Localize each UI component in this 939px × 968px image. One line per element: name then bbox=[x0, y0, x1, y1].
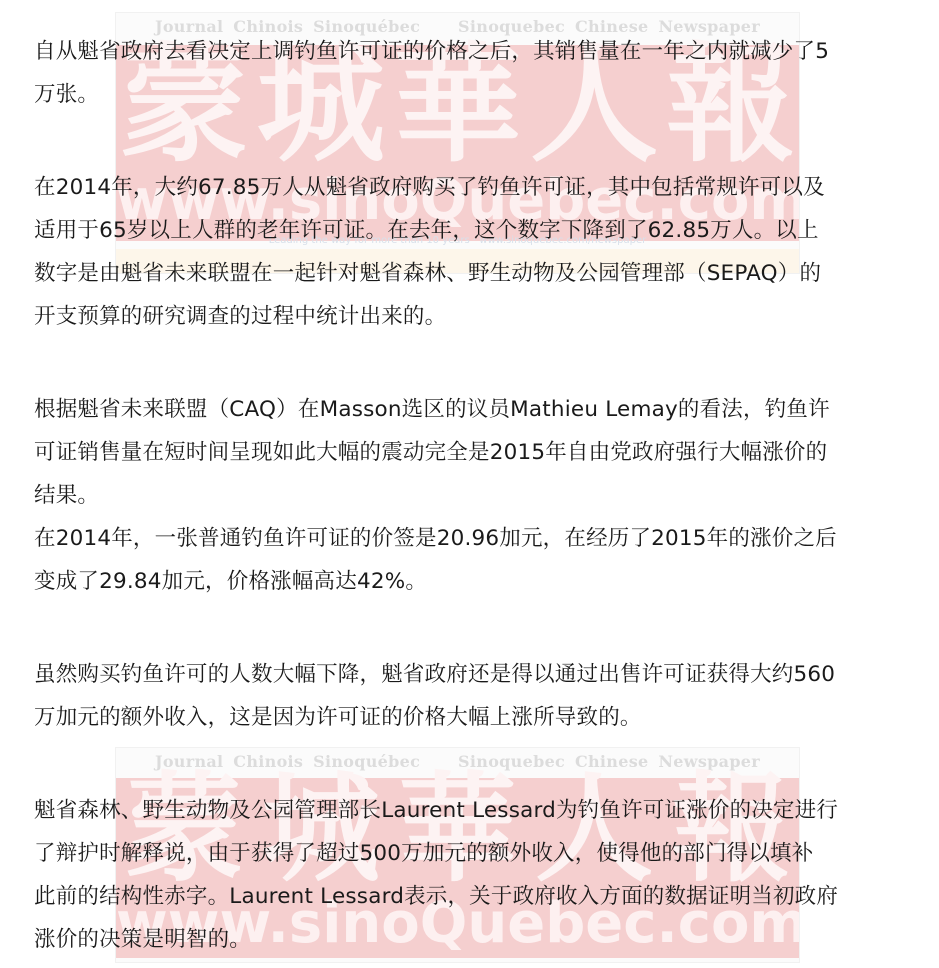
text-line: 了辩护时解释说，由于获得了超过500万加元的额外收入，使得他的部门得以填补 bbox=[34, 832, 924, 875]
text-line: 魁省森林、野生动物及公园管理部长Laurent Lessard为钓鱼许可证涨价的… bbox=[34, 789, 924, 832]
text-line: 虽然购买钓鱼许可的人数大幅下降，魁省政府还是得以通过出售许可证获得大约560 bbox=[34, 653, 924, 696]
paragraph-caq-opinion: 根据魁省未来联盟（CAQ）在Masson选区的议员Mathieu Lemay的看… bbox=[34, 388, 924, 603]
text-line: 在2014年，大约67.85万人从魁省政府购买了钓鱼许可证，其中包括常规许可以及 bbox=[34, 166, 924, 209]
paragraph-gap bbox=[34, 739, 924, 789]
text-line: 在2014年，一张普通钓鱼许可证的价签是20.96加元，在经历了2015年的涨价… bbox=[34, 517, 924, 560]
text-line: 万张。 bbox=[34, 73, 924, 116]
text-line: 开支预算的研究调查的过程中统计出来的。 bbox=[34, 295, 924, 338]
paragraph-minister-defense: 魁省森林、野生动物及公园管理部长Laurent Lessard为钓鱼许可证涨价的… bbox=[34, 789, 924, 961]
paragraph-2014-figures: 在2014年，大约67.85万人从魁省政府购买了钓鱼许可证，其中包括常规许可以及… bbox=[34, 166, 924, 338]
text-line: 根据魁省未来联盟（CAQ）在Masson选区的议员Mathieu Lemay的看… bbox=[34, 388, 924, 431]
paragraph-extra-revenue: 虽然购买钓鱼许可的人数大幅下降，魁省政府还是得以通过出售许可证获得大约560 万… bbox=[34, 653, 924, 739]
text-line: 变成了29.84加元，价格涨幅高达42%。 bbox=[34, 560, 924, 603]
paragraph-gap bbox=[34, 603, 924, 653]
text-line: 自从魁省政府去看决定上调钓鱼许可证的价格之后，其销售量在一年之内就减少了5 bbox=[34, 30, 924, 73]
text-line: 涨价的决策是明智的。 bbox=[34, 918, 924, 961]
text-line: 此前的结构性赤字。Laurent Lessard表示，关于政府收入方面的数据证明… bbox=[34, 875, 924, 918]
paragraph-gap bbox=[34, 338, 924, 388]
article-body: 自从魁省政府去看决定上调钓鱼许可证的价格之后，其销售量在一年之内就减少了5 万张… bbox=[34, 30, 924, 961]
paragraph-license-sales-drop: 自从魁省政府去看决定上调钓鱼许可证的价格之后，其销售量在一年之内就减少了5 万张… bbox=[34, 30, 924, 116]
text-line: 数字是由魁省未来联盟在一起针对魁省森林、野生动物及公园管理部（SEPAQ）的 bbox=[34, 252, 924, 295]
text-line: 万加元的额外收入，这是因为许可证的价格大幅上涨所导致的。 bbox=[34, 696, 924, 739]
text-line: 结果。 bbox=[34, 474, 924, 517]
text-line: 适用于65岁以上人群的老年许可证。在去年，这个数字下降到了62.85万人。以上 bbox=[34, 209, 924, 252]
paragraph-gap bbox=[34, 116, 924, 166]
text-line: 可证销售量在短时间呈现如此大幅的震动完全是2015年自由党政府强行大幅涨价的 bbox=[34, 431, 924, 474]
